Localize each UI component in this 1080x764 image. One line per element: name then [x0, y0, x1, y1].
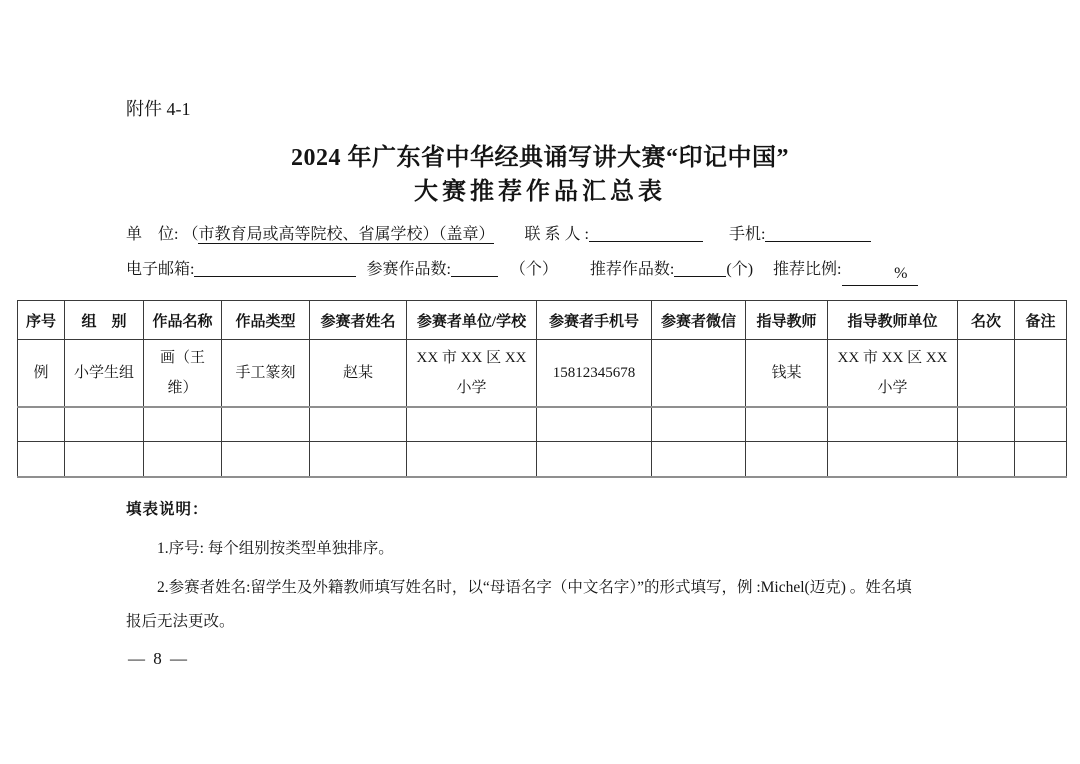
table-cell — [407, 407, 537, 442]
header-work-title: 作品名称 — [144, 301, 222, 340]
table-row — [18, 442, 1067, 477]
recommended-unit-label: (个) — [726, 261, 753, 278]
table-cell — [144, 407, 222, 442]
email-label: 电子邮箱: — [126, 261, 194, 278]
document-page: 附件 4-1 2024 年广东省中华经典诵写讲大赛“印记中国” 大赛推荐作品汇总… — [0, 0, 1080, 764]
ratio-blank: % — [842, 265, 918, 286]
table-cell — [828, 442, 958, 477]
table-cell — [310, 407, 407, 442]
table-cell — [222, 407, 310, 442]
header-participant-name: 参赛者姓名 — [310, 301, 407, 340]
header-instructor: 指导教师 — [746, 301, 828, 340]
notes-section: 填表说明： 1.序号: 每个组别按类型单独排序。 2.参赛者姓名:留学生及外籍教… — [126, 497, 954, 639]
title-line-2: 大赛推荐作品汇总表 — [0, 174, 1080, 210]
unit-label: 单 位: — [126, 226, 178, 243]
cell-participant-phone: 15812345678 — [537, 340, 652, 407]
table-cell — [222, 442, 310, 477]
table-cell — [958, 407, 1015, 442]
table-cell — [310, 442, 407, 477]
ratio-label: 推荐比例: — [773, 261, 841, 278]
table-cell — [65, 407, 144, 442]
summary-table: 序号 组 别 作品名称 作品类型 参赛者姓名 参赛者单位/学校 参赛者手机号 参… — [17, 300, 1067, 478]
note-item-2: 2.参赛者姓名:留学生及外籍教师填写姓名时，以“母语名字（中文名字）”的形式填写… — [126, 571, 954, 639]
table-cell — [1015, 407, 1067, 442]
table-cell — [18, 442, 65, 477]
table-cell — [537, 407, 652, 442]
email-blank — [194, 259, 356, 277]
header-participant-school: 参赛者单位/学校 — [407, 301, 537, 340]
table-row — [18, 407, 1067, 442]
cell-participant-wechat — [652, 340, 746, 407]
cell-work-type: 手工篆刻 — [222, 340, 310, 407]
cell-group: 小学生组 — [65, 340, 144, 407]
table-cell — [828, 407, 958, 442]
cell-instructor-unit: XX 市 XX 区 XX 小学 — [828, 340, 958, 407]
attachment-label: 附件 4-1 — [126, 95, 191, 121]
cell-instructor: 钱某 — [746, 340, 828, 407]
table-cell — [144, 442, 222, 477]
table-cell — [652, 407, 746, 442]
table-cell — [18, 407, 65, 442]
entries-unit-label: （个） — [510, 261, 558, 278]
example-row: 例 小学生组 画（王 维） 手工篆刻 赵某 XX 市 XX 区 XX 小学 15… — [18, 340, 1067, 407]
unit-paren: （ — [182, 226, 198, 243]
table-cell — [407, 442, 537, 477]
form-row-2: 电子邮箱: 参赛作品数: （个） 推荐作品数:(个) 推荐比例:% — [126, 256, 918, 286]
table-cell — [65, 442, 144, 477]
cell-participant-name: 赵某 — [310, 340, 407, 407]
header-rank: 名次 — [958, 301, 1015, 340]
document-title: 2024 年广东省中华经典诵写讲大赛“印记中国” 大赛推荐作品汇总表 — [0, 142, 1080, 210]
unit-value: 市教育局或高等院校、省属学校）（盖章） — [198, 226, 494, 244]
mobile-blank — [765, 224, 871, 242]
contact-label: 联 系 人 : — [524, 226, 588, 243]
table-cell — [746, 442, 828, 477]
table-cell — [1015, 442, 1067, 477]
cell-serial: 例 — [18, 340, 65, 407]
header-participant-phone: 参赛者手机号 — [537, 301, 652, 340]
header-remarks: 备注 — [1015, 301, 1067, 340]
cell-rank — [958, 340, 1015, 407]
cell-participant-school: XX 市 XX 区 XX 小学 — [407, 340, 537, 407]
page-number: — 8 — — [128, 649, 189, 669]
mobile-label: 手机: — [729, 226, 765, 243]
entries-label: 参赛作品数: — [366, 261, 450, 278]
header-participant-wechat: 参赛者微信 — [652, 301, 746, 340]
cell-remarks — [1015, 340, 1067, 407]
table-cell — [958, 442, 1015, 477]
header-serial: 序号 — [18, 301, 65, 340]
recommended-blank — [674, 259, 726, 277]
table-cell — [746, 407, 828, 442]
recommended-label: 推荐作品数: — [590, 261, 674, 278]
cell-work-title: 画（王 维） — [144, 340, 222, 407]
title-line-1: 2024 年广东省中华经典诵写讲大赛“印记中国” — [0, 142, 1080, 174]
entries-blank — [451, 259, 498, 277]
table-cell — [652, 442, 746, 477]
note-item-1: 1.序号: 每个组别按类型单独排序。 — [126, 536, 954, 558]
header-instructor-unit: 指导教师单位 — [828, 301, 958, 340]
header-work-type: 作品类型 — [222, 301, 310, 340]
header-group: 组 别 — [65, 301, 144, 340]
contact-blank — [589, 224, 703, 242]
form-row-1: 单 位: （市教育局或高等院校、省属学校）（盖章） 联 系 人 : 手机: — [126, 221, 871, 244]
ratio-percent-sign: % — [894, 265, 907, 282]
notes-heading: 填表说明： — [126, 497, 954, 519]
table-cell — [537, 442, 652, 477]
table-header-row: 序号 组 别 作品名称 作品类型 参赛者姓名 参赛者单位/学校 参赛者手机号 参… — [18, 301, 1067, 340]
